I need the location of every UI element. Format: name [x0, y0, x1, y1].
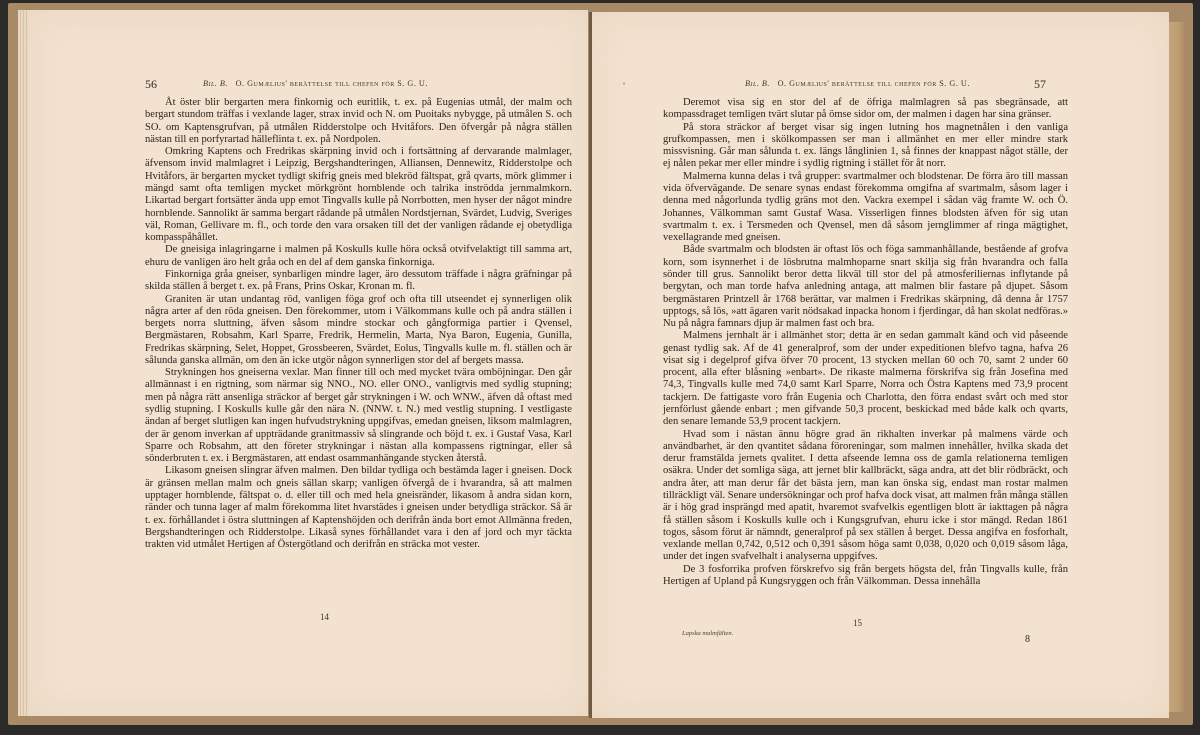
left-folio: 14: [320, 612, 329, 622]
paragraph: Både svartmalm och blodsten är oftast lö…: [663, 244, 1068, 330]
running-head-title: O. Gumælius' berättelse till chefen för …: [236, 79, 428, 88]
paragraph: Finkorniga gråa gneiser, synbarligen min…: [145, 269, 572, 294]
paragraph: Likasom gneisen slingrar äfven malmen. D…: [145, 465, 572, 551]
right-page-body: Deremot visa sig en stor del af de öfrig…: [663, 97, 1068, 588]
running-head-prefix: Bil. B.: [203, 79, 228, 88]
paragraph: De gneisiga inlagringarne i malmen på Ko…: [145, 244, 572, 269]
right-running-head: Bil. B. O. Gumælius' berättelse till che…: [745, 79, 970, 93]
paragraph: De 3 fosforrika profven förskrefvo sig f…: [663, 564, 1068, 589]
paragraph: Malmerna kunna delas i två grupper: svar…: [663, 171, 1068, 245]
paragraph: Deremot visa sig en stor del af de öfrig…: [663, 97, 1068, 122]
cover-edge: [1168, 22, 1186, 712]
right-page-number: 57: [1034, 77, 1046, 92]
right-folio: 15: [853, 618, 862, 628]
paragraph: Hvad som i nästan ännu högre grad än rik…: [663, 429, 1068, 564]
paragraph: Åt öster blir bergarten mera finkornig o…: [145, 97, 572, 146]
paragraph: Strykningen hos gneiserna vexlar. Man fi…: [145, 367, 572, 465]
paragraph: Graniten är utan undantag röd, vanligen …: [145, 294, 572, 368]
paragraph: På stora sträckor af berget visar sig in…: [663, 122, 1068, 171]
paragraph: Omkring Kaptens och Fredrikas skärpning …: [145, 146, 572, 244]
paragraph: Malmens jernhalt är i allmänhet stor; de…: [663, 330, 1068, 428]
book-gutter: [589, 12, 592, 718]
running-head-title: O. Gumælius' berättelse till chefen för …: [778, 79, 970, 88]
margin-mark: ˈ: [622, 80, 626, 95]
left-running-head: Bil. B. O. Gumælius' berättelse till che…: [203, 79, 428, 93]
signature-number: 8: [1025, 634, 1030, 645]
left-page-number: 56: [145, 77, 157, 92]
signature-note: Lapska malmfälten.: [682, 630, 733, 637]
left-page-body: Åt öster blir bergarten mera finkornig o…: [145, 97, 572, 551]
running-head-prefix: Bil. B.: [745, 79, 770, 88]
